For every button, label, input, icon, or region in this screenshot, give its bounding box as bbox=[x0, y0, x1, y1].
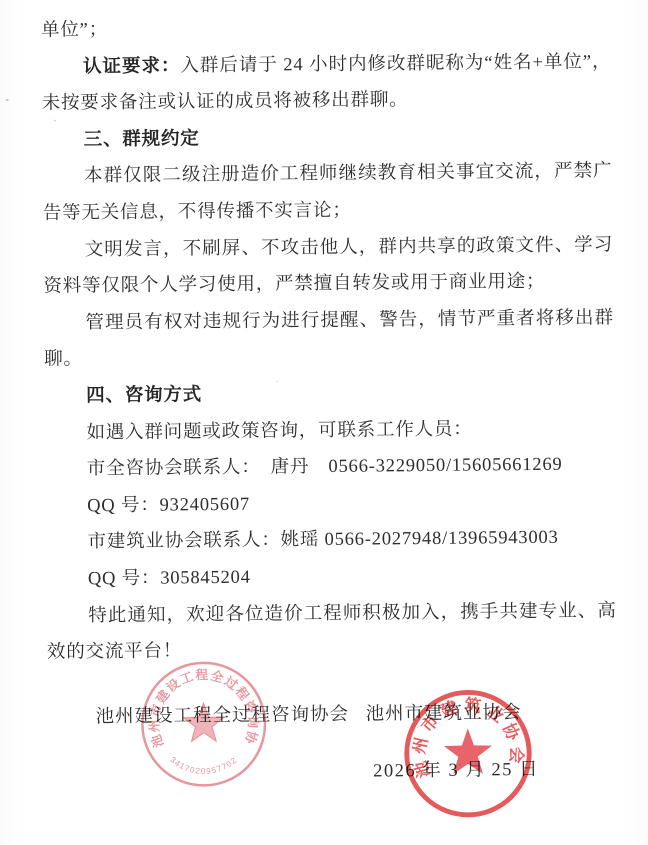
scan-speck bbox=[6, 99, 9, 101]
paragraph-rule-1: 本群仅限二级注册造价工程师继续教育相关事宜交流，严禁广告等无关信息，不得传播不实… bbox=[42, 154, 613, 233]
paragraph-qq-1: QQ 号：932405607 bbox=[45, 483, 615, 525]
paragraph-contact-intro: 如遇入群问题或政策咨询，可联系工作人员： bbox=[45, 410, 615, 452]
paragraph-contact-2: 市建筑业协会联系人：姚瑶 0566-2027948/13965943003 bbox=[46, 520, 616, 562]
document-page: 单位”； 认证要求：入群后请于 24 小时内修改群昵称为“姓名+单位”，未按要求… bbox=[0, 0, 648, 845]
paragraph-auth-requirement: 认证要求：入群后请于 24 小时内修改群昵称为“姓名+单位”，未按要求备注或认证… bbox=[41, 44, 612, 123]
auth-requirement-label: 认证要求： bbox=[83, 56, 181, 77]
paragraph-rule-2: 文明发言，不刷屏、不攻击他人，群内共享的政策文件、学习资料等仅限个人学习使用，严… bbox=[43, 227, 614, 306]
scan-speck bbox=[54, 120, 56, 122]
signature-right-org: 池州市建筑业协会 bbox=[365, 698, 521, 725]
paragraph-continuation: 单位”； bbox=[41, 7, 611, 49]
section-heading-4: 四、咨询方式 bbox=[44, 373, 614, 415]
document-body-text: 单位”； 认证要求：入群后请于 24 小时内修改群昵称为“姓名+单位”，未按要求… bbox=[41, 7, 617, 671]
paragraph-qq-2: QQ 号：305845204 bbox=[46, 556, 616, 598]
svg-text:3417020957702: 3417020957702 bbox=[168, 755, 239, 777]
seal-code-text: 3417020957702 bbox=[168, 755, 239, 777]
paragraph-rule-3: 管理员有权对违规行为进行提醒、警告，情节严重者将移出群聊。 bbox=[44, 300, 615, 379]
section-heading-3: 三、群规约定 bbox=[42, 117, 612, 159]
signature-left-org: 池州建设工程全过程咨询协会 bbox=[95, 700, 349, 728]
paragraph-contact-1: 市全咨协会联系人： 唐丹 0566-3229050/15605661269 bbox=[45, 446, 615, 488]
scan-speck bbox=[276, 380, 278, 382]
paragraph-closing: 特此通知，欢迎各位造价工程师积极加入，携手共建专业、高效的交流平台！ bbox=[46, 593, 617, 672]
document-date: 2026 年 3 月 25 日 bbox=[373, 755, 539, 783]
scan-content: 单位”； 认证要求：入群后请于 24 小时内修改群昵称为“姓名+单位”，未按要求… bbox=[0, 0, 648, 845]
